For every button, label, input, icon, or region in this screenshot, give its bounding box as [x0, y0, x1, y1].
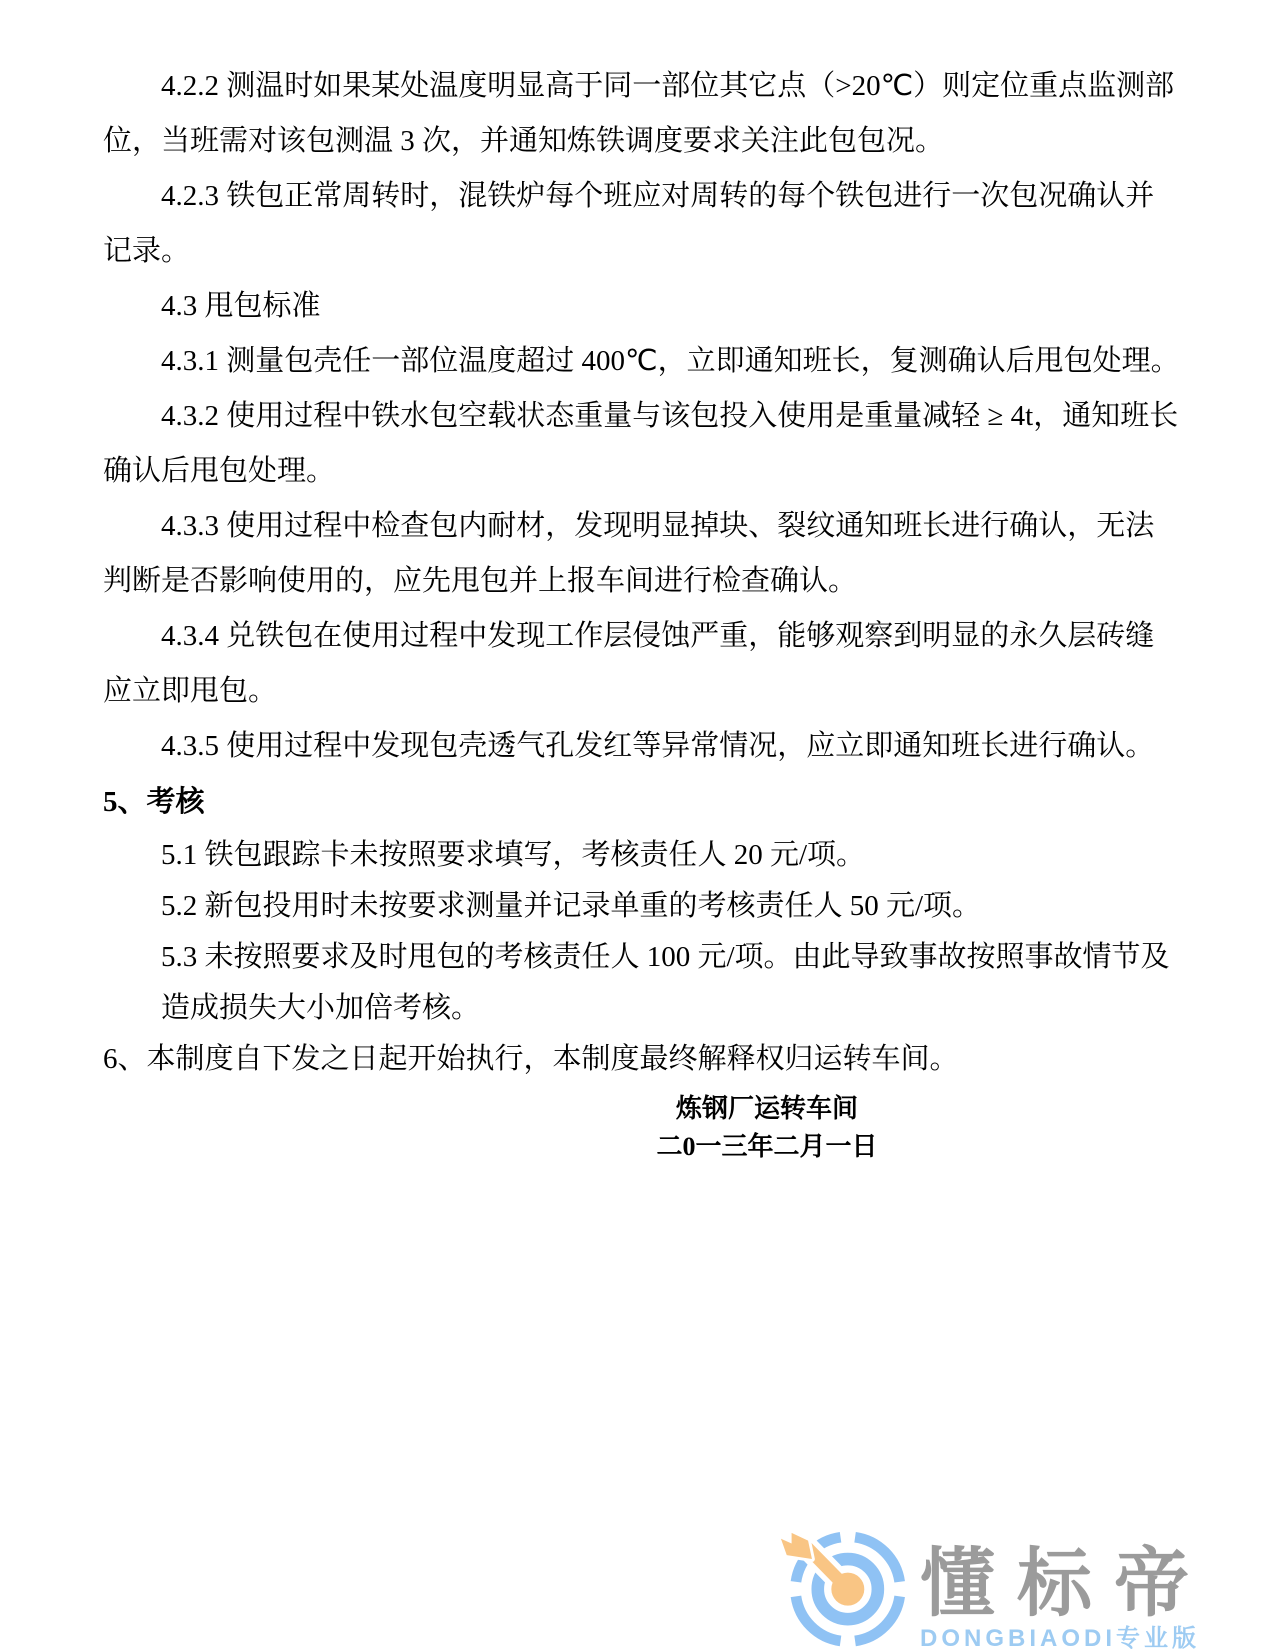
- paragraph-4-3-3: 4.3.3 使用过程中检查包内耐材，发现明显掉块、裂纹通知班长进行确认，无法判断…: [103, 499, 1183, 609]
- dart-shaft-casing: [804, 1545, 848, 1590]
- paragraph-5-3: 5.3 未按照要求及时甩包的考核责任人 100 元/项。由此导致事故按照事故情节…: [161, 932, 1183, 1034]
- dart-shaft: [804, 1545, 848, 1590]
- bullseye-center: [831, 1573, 864, 1606]
- document-page: 4.2.2 测温时如果某处温度明显高于同一部位其它点（>20℃）则定位重点监测部…: [0, 0, 1275, 1651]
- watermark-brand-cn: 懂标帝: [920, 1543, 1211, 1623]
- paragraph-4-3: 4.3 甩包标准: [103, 279, 1183, 334]
- paragraph-4-3-5: 4.3.5 使用过程中发现包壳透气孔发红等异常情况，应立即通知班长进行确认。: [103, 719, 1183, 774]
- paragraph-5-1: 5.1 铁包跟踪卡未按照要求填写，考核责任人 20 元/项。: [161, 830, 1183, 881]
- paragraph-4-3-1: 4.3.1 测量包壳任一部位温度超过 400℃，立即通知班长，复测确认后甩包处理…: [103, 334, 1183, 389]
- document-body: 4.2.2 测温时如果某处温度明显高于同一部位其它点（>20℃）则定位重点监测部…: [0, 0, 1275, 1166]
- outer-ring-arc: [796, 1537, 841, 1582]
- signature-block: 炼钢厂运转车间 二0一三年二月一日: [227, 1090, 1275, 1166]
- dart-fletching: [781, 1533, 812, 1559]
- paragraph-5-2: 5.2 新包投用时未按要求测量并记录单重的考核责任人 50 元/项。: [161, 881, 1183, 932]
- section-5-heading: 5、考核: [103, 774, 1183, 830]
- inner-ring: [818, 1559, 878, 1619]
- paragraph-6: 6、本制度自下发之日起开始执行，本制度最终解释权归运转车间。: [103, 1034, 1183, 1085]
- target-dart-icon: [779, 1529, 905, 1651]
- outer-ring-arc: [855, 1537, 900, 1582]
- paragraph-4-2-3: 4.2.3 铁包正常周转时，混铁炉每个班应对周转的每个铁包进行一次包况确认并记录…: [103, 169, 1183, 279]
- signature-organization: 炼钢厂运转车间: [227, 1090, 1275, 1128]
- watermark-brand-suffix: 专业版: [1116, 1625, 1200, 1651]
- outer-ring-arc: [796, 1596, 841, 1641]
- signature-date: 二0一三年二月一日: [227, 1128, 1275, 1166]
- paragraph-4-3-4: 4.3.4 兑铁包在使用过程中发现工作层侵蚀严重，能够观察到明显的永久层砖缝应立…: [103, 609, 1183, 719]
- bullseye-gap: [826, 1567, 871, 1612]
- watermark-brand-en: DONGBIAODI专业版: [920, 1626, 1211, 1651]
- paragraph-4-2-2: 4.2.2 测温时如果某处温度明显高于同一部位其它点（>20℃）则定位重点监测部…: [103, 59, 1183, 169]
- watermark-text: 懂标帝 DONGBIAODI专业版: [920, 1543, 1211, 1651]
- outer-ring-arc: [855, 1596, 900, 1641]
- dart-fletching-casing: [781, 1533, 812, 1559]
- watermark-brand-en-latin: DONGBIAODI: [920, 1625, 1116, 1651]
- paragraph-4-3-2: 4.3.2 使用过程中铁水包空载状态重量与该包投入使用是重量减轻 ≥ 4t，通知…: [103, 389, 1183, 499]
